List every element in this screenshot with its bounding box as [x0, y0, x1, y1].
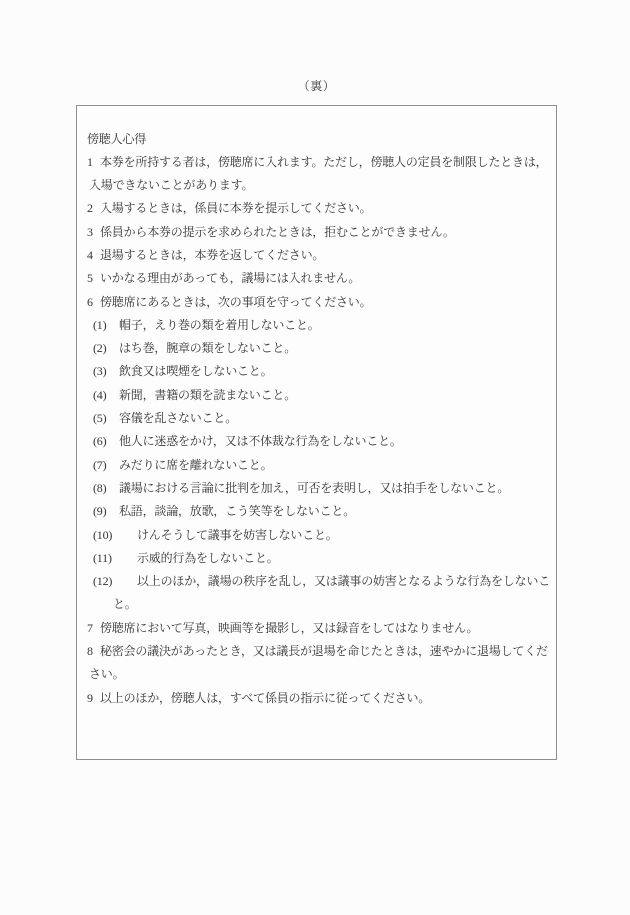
rule-text: 新聞，書籍の類を読まないこと。 [119, 384, 296, 407]
rule-text: 以上のほか，議場の秩序を乱し，又は議事の妨害となるような行為をしないこ [137, 570, 550, 593]
notice-text-block: 傍聴人心得 1 本券を所持する者は，傍聴席に入れます。ただし，傍聴人の定員を制限… [77, 106, 556, 710]
rule-number: (3) [93, 360, 119, 383]
rule-number: (5) [93, 407, 119, 430]
rule-text: みだりに席を離れないこと。 [119, 454, 272, 477]
rule-number: (4) [93, 384, 119, 407]
rule-text: 容儀を乱さないこと。 [119, 407, 237, 430]
rule-line: (4) 新聞，書籍の類を読まないこと。 [87, 384, 548, 407]
rule-text: さい。 [89, 663, 124, 686]
rule-line: (10) けんそうして議事を妨害しないこと。 [87, 524, 548, 547]
rule-text: 退場するときは，本券を返してください。 [100, 244, 324, 267]
rule-line: (12) 以上のほか，議場の秩序を乱し，又は議事の妨害となるような行為をしないこ [87, 570, 548, 593]
rule-line: 9 以上のほか，傍聴人は，すべて係員の指示に従ってください。 [87, 687, 548, 710]
rule-number: (7) [93, 454, 119, 477]
rule-number: (10) [93, 524, 137, 547]
rule-line: (2) はち巻，腕章の類をしないこと。 [87, 337, 548, 360]
rule-line: 入場できないことがあります。 [87, 174, 548, 197]
rule-number: 6 [87, 291, 100, 314]
rule-number: (12) [93, 570, 137, 593]
rule-text: 入場できないことがあります。 [89, 174, 253, 197]
rule-number: 7 [87, 617, 100, 640]
rule-number: (9) [93, 500, 119, 523]
rules-list: 1 本券を所持する者は，傍聴席に入れます。ただし，傍聴人の定員を制限したときは，… [87, 151, 548, 710]
document-title-text: 傍聴人心得 [87, 128, 146, 151]
rule-line: 2 入場するときは，係員に本券を提示してください。 [87, 197, 548, 220]
rule-line: (9) 私語，談論，放歌，こう笑等をしないこと。 [87, 500, 548, 523]
rule-line: (6) 他人に迷惑をかけ，又は不体裁な行為をしないこと。 [87, 430, 548, 453]
rule-number: (8) [93, 477, 119, 500]
rule-number: (1) [93, 314, 119, 337]
rule-line: 8 秘密会の議決があったとき，又は議長が退場を命じたときは，速やかに退場してくだ [87, 640, 548, 663]
rule-line: (3) 飲食又は喫煙をしないこと。 [87, 360, 548, 383]
rule-line: 5 いかなる理由があっても，議場には入れません。 [87, 267, 548, 290]
rule-number: 4 [87, 244, 100, 267]
rule-text: 傍聴席において写真，映画等を撮影し，又は録音をしてはなりません。 [100, 617, 478, 640]
rule-text: 入場するときは，係員に本券を提示してください。 [100, 197, 371, 220]
rule-line: (8) 議場における言論に批判を加え，可否を表明し，又は拍手をしないこと。 [87, 477, 548, 500]
rule-number: (6) [93, 430, 119, 453]
rule-line: と。 [87, 593, 548, 616]
rule-text: 示威的行為をしないこと。 [137, 547, 279, 570]
rule-text: 飲食又は喫煙をしないこと。 [119, 360, 272, 383]
rule-number: 3 [87, 221, 100, 244]
rule-line: (7) みだりに席を離れないこと。 [87, 454, 548, 477]
rule-text: 他人に迷惑をかけ，又は不体裁な行為をしないこと。 [119, 430, 402, 453]
rule-number: 5 [87, 267, 100, 290]
rule-number: 9 [87, 687, 100, 710]
rule-text: いかなる理由があっても，議場には入れません。 [100, 267, 360, 290]
rule-text: と。 [113, 593, 137, 616]
rule-line: 3 係員から本券の提示を求められたときは，拒むことができません。 [87, 221, 548, 244]
rule-text: はち巻，腕章の類をしないこと。 [119, 337, 296, 360]
rule-text: 帽子，えり巻の類を着用しないこと。 [119, 314, 320, 337]
rule-number: 1 [87, 151, 100, 174]
document-title: 傍聴人心得 [87, 128, 548, 151]
rule-number: (11) [93, 547, 137, 570]
rule-number: 2 [87, 197, 100, 220]
rule-line: 6 傍聴席にあるときは，次の事項を守ってください。 [87, 291, 548, 314]
rule-text: けんそうして議事を妨害しないこと。 [137, 524, 338, 547]
rule-text: 傍聴席にあるときは，次の事項を守ってください。 [100, 291, 371, 314]
rule-line: 7 傍聴席において写真，映画等を撮影し，又は録音をしてはなりません。 [87, 617, 548, 640]
rule-line: 1 本券を所持する者は，傍聴席に入れます。ただし，傍聴人の定員を制限したときは， [87, 151, 548, 174]
notice-box: 傍聴人心得 1 本券を所持する者は，傍聴席に入れます。ただし，傍聴人の定員を制限… [76, 105, 557, 760]
rule-line: (5) 容儀を乱さないこと。 [87, 407, 548, 430]
rule-number: (2) [93, 337, 119, 360]
rule-text: 係員から本券の提示を求められたときは，拒むことができません。 [100, 221, 455, 244]
rule-text: 以上のほか，傍聴人は，すべて係員の指示に従ってください。 [100, 687, 430, 710]
rule-text: 私語，談論，放歌，こう笑等をしないこと。 [119, 500, 355, 523]
rule-line: (11) 示威的行為をしないこと。 [87, 547, 548, 570]
rule-line: 4 退場するときは，本券を返してください。 [87, 244, 548, 267]
rule-text: 秘密会の議決があったとき，又は議長が退場を命じたときは，速やかに退場してくだ [100, 640, 548, 663]
page-side-label: （裏） [76, 77, 557, 94]
rule-text: 議場における言論に批判を加え，可否を表明し，又は拍手をしないこと。 [119, 477, 509, 500]
rule-number: 8 [87, 640, 100, 663]
rule-line: さい。 [87, 663, 548, 686]
rule-line: (1) 帽子，えり巻の類を着用しないこと。 [87, 314, 548, 337]
rule-text: 本券を所持する者は，傍聴席に入れます。ただし，傍聴人の定員を制限したときは， [100, 151, 547, 174]
